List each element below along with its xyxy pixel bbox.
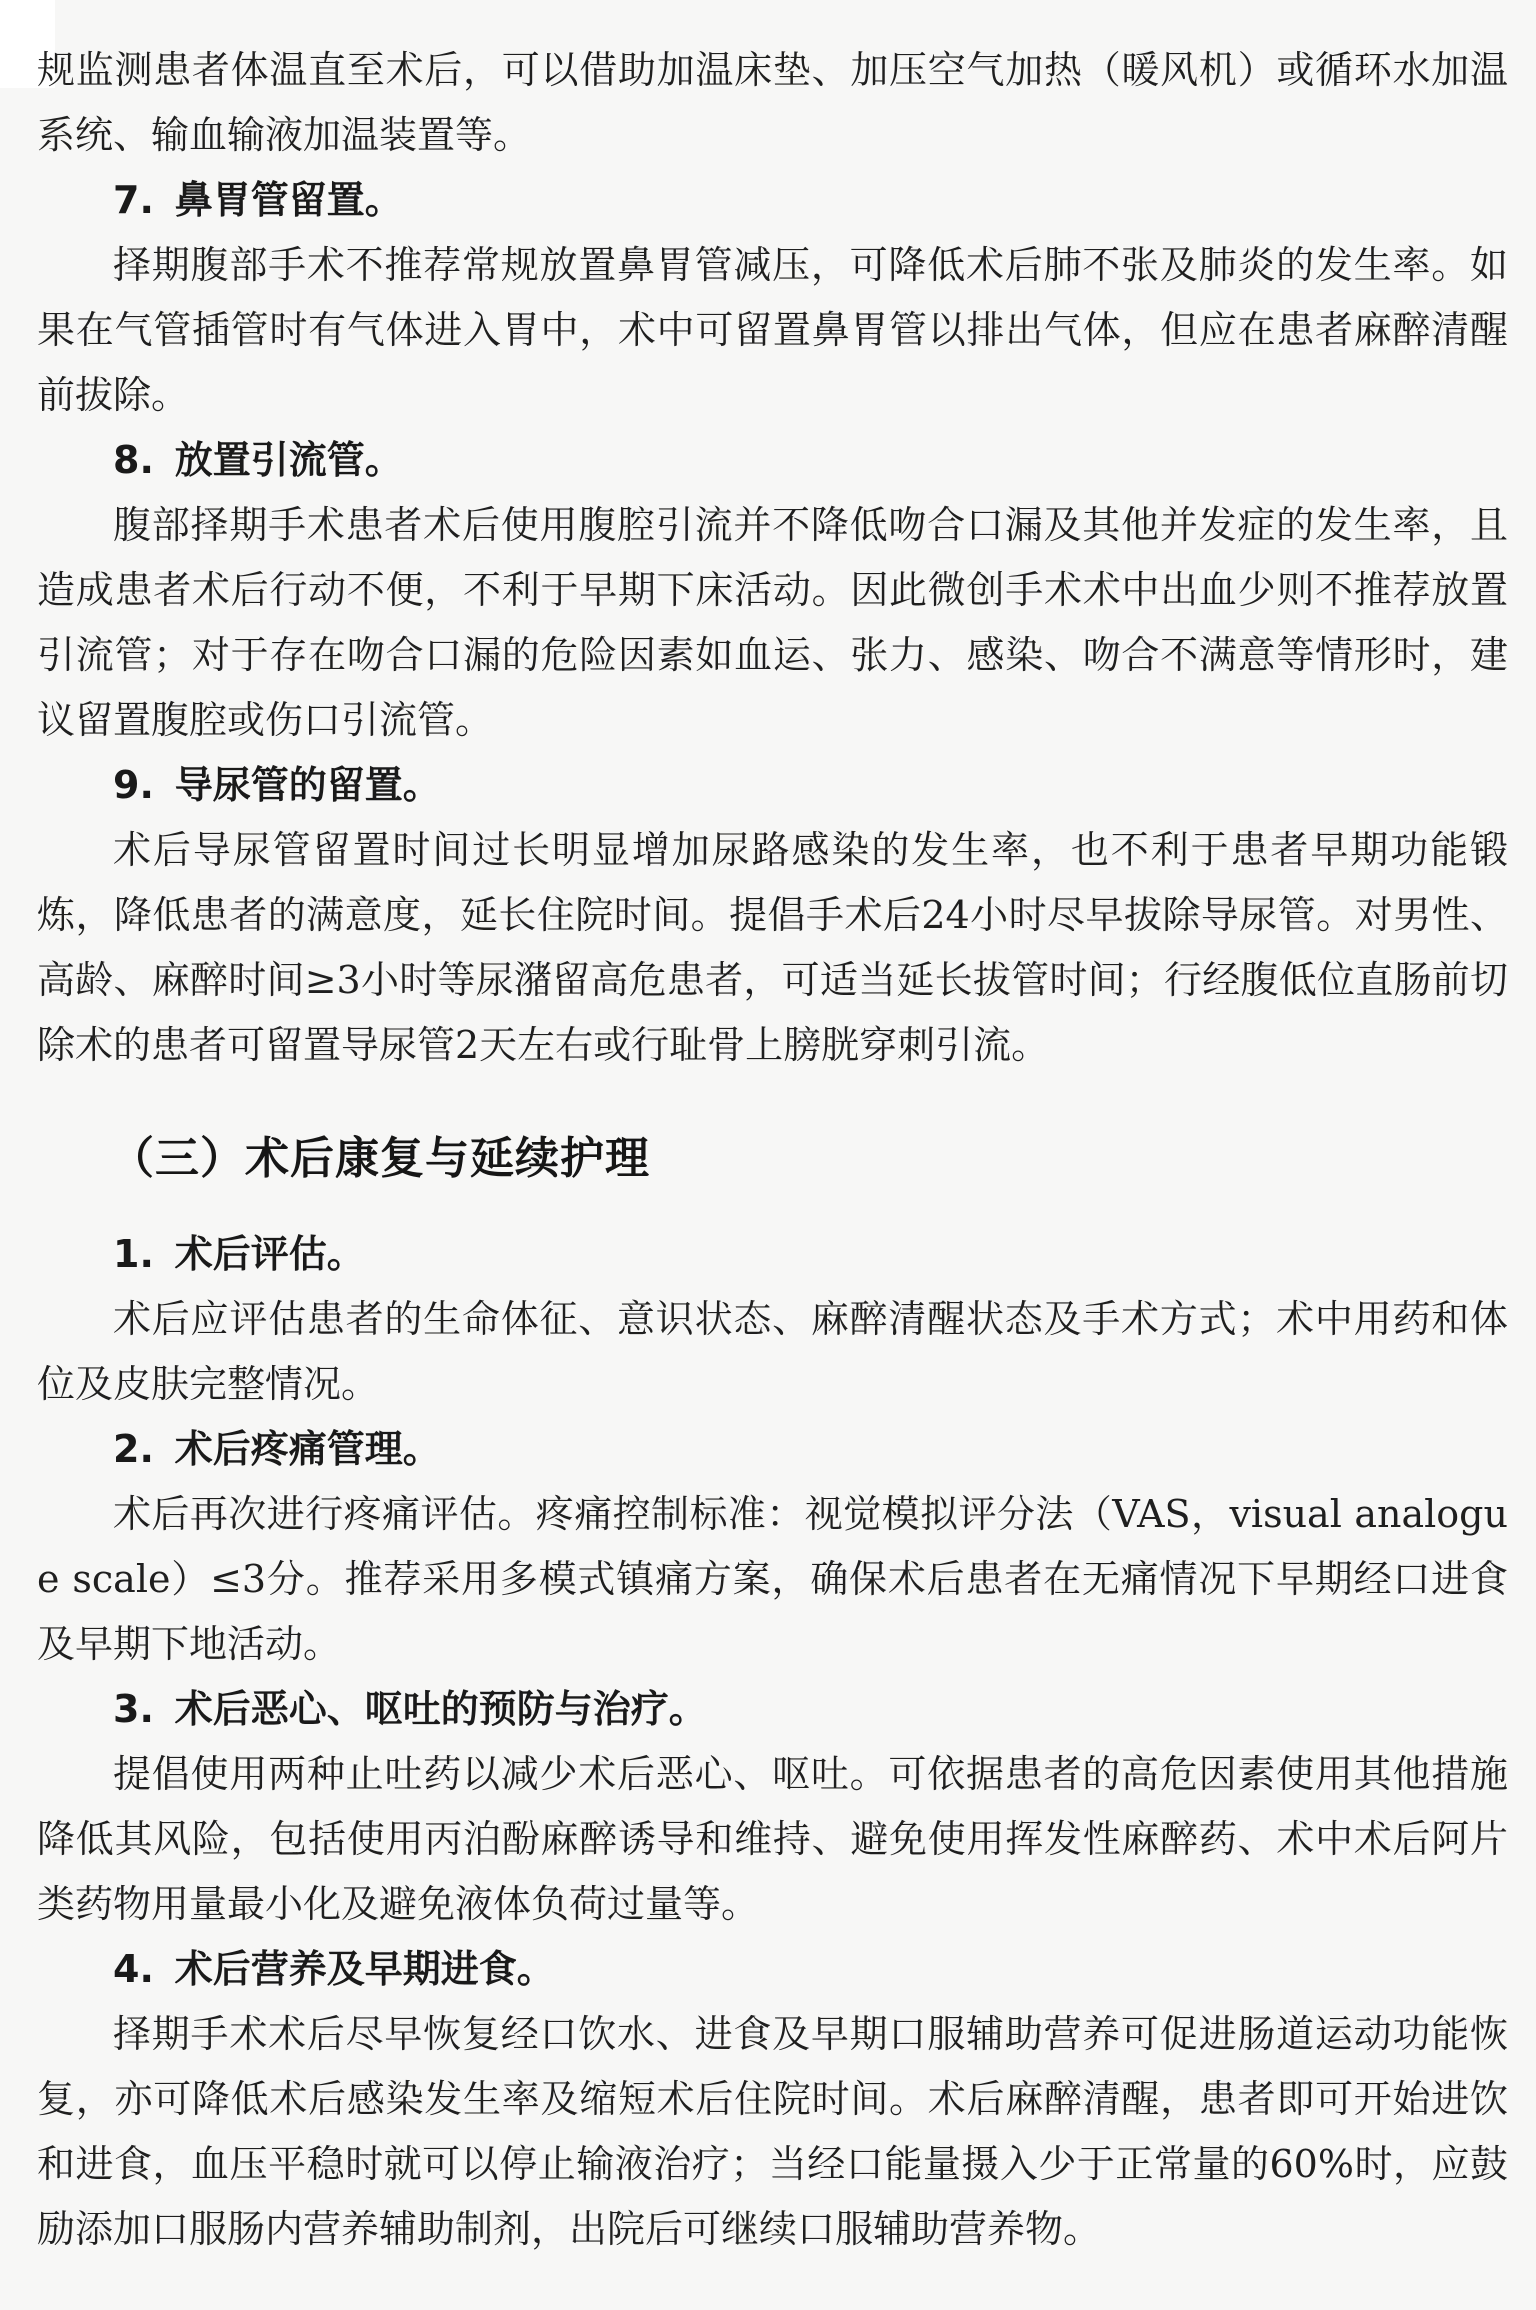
document-page: 规监测患者体温直至术后，可以借助加温床垫、加压空气加热（暖风机）或循环水加温系统… [0, 0, 1536, 2310]
item-number: 8. [113, 438, 154, 482]
paragraph-nutrition: 择期手术术后尽早恢复经口饮水、进食及早期口服辅助营养可促进肠道运动功能恢复，亦可… [37, 2002, 1508, 2262]
item-number: 3. [113, 1687, 154, 1731]
heading-item-3-nausea-vomiting: 3.术后恶心、呕吐的预防与治疗。 [37, 1677, 1508, 1742]
heading-item-8-drainage-tube: 8.放置引流管。 [37, 428, 1508, 493]
item-title: 术后恶心、呕吐的预防与治疗。 [175, 1687, 707, 1731]
paragraph-pain-management: 术后再次进行疼痛评估。疼痛控制标准：视觉模拟评分法（VAS，visual ana… [37, 1482, 1508, 1677]
item-number: 9. [113, 763, 154, 807]
heading-item-2-pain-management: 2.术后疼痛管理。 [37, 1417, 1508, 1482]
section-heading-postop-recovery: （三）术后康复与延续护理 [37, 1123, 1508, 1195]
item-title: 术后营养及早期进食。 [175, 1947, 555, 1991]
paragraph-nasogastric-tube: 择期腹部手术不推荐常规放置鼻胃管减压，可降低术后肺不张及肺炎的发生率。如果在气管… [37, 233, 1508, 428]
paragraph-postop-assessment: 术后应评估患者的生命体征、意识状态、麻醉清醒状态及手术方式；术中用药和体位及皮肤… [37, 1287, 1508, 1417]
paragraph-drainage-tube: 腹部择期手术患者术后使用腹腔引流并不降低吻合口漏及其他并发症的发生率，且造成患者… [37, 493, 1508, 753]
paragraph-urinary-catheter: 术后导尿管留置时间过长明显增加尿路感染的发生率，也不利于患者早期功能锻炼，降低患… [37, 818, 1508, 1078]
paragraph-nausea-vomiting: 提倡使用两种止吐药以减少术后恶心、呕吐。可依据患者的高危因素使用其他措施降低其风… [37, 1742, 1508, 1937]
item-title: 导尿管的留置。 [175, 763, 441, 807]
item-number: 4. [113, 1947, 154, 1991]
item-title: 术后疼痛管理。 [175, 1427, 441, 1471]
item-title: 放置引流管。 [175, 438, 403, 482]
heading-item-4-nutrition: 4.术后营养及早期进食。 [37, 1937, 1508, 2002]
item-title: 术后评估。 [175, 1232, 365, 1276]
item-number: 2. [113, 1427, 154, 1471]
heading-item-9-urinary-catheter: 9.导尿管的留置。 [37, 753, 1508, 818]
heading-item-7-nasogastric-tube: 7.鼻胃管留置。 [37, 168, 1508, 233]
paragraph-warming-continuation: 规监测患者体温直至术后，可以借助加温床垫、加压空气加热（暖风机）或循环水加温系统… [37, 38, 1508, 168]
item-title: 鼻胃管留置。 [175, 178, 403, 222]
heading-item-1-postop-assessment: 1.术后评估。 [37, 1222, 1508, 1287]
item-number: 7. [113, 178, 154, 222]
item-number: 1. [113, 1232, 154, 1276]
